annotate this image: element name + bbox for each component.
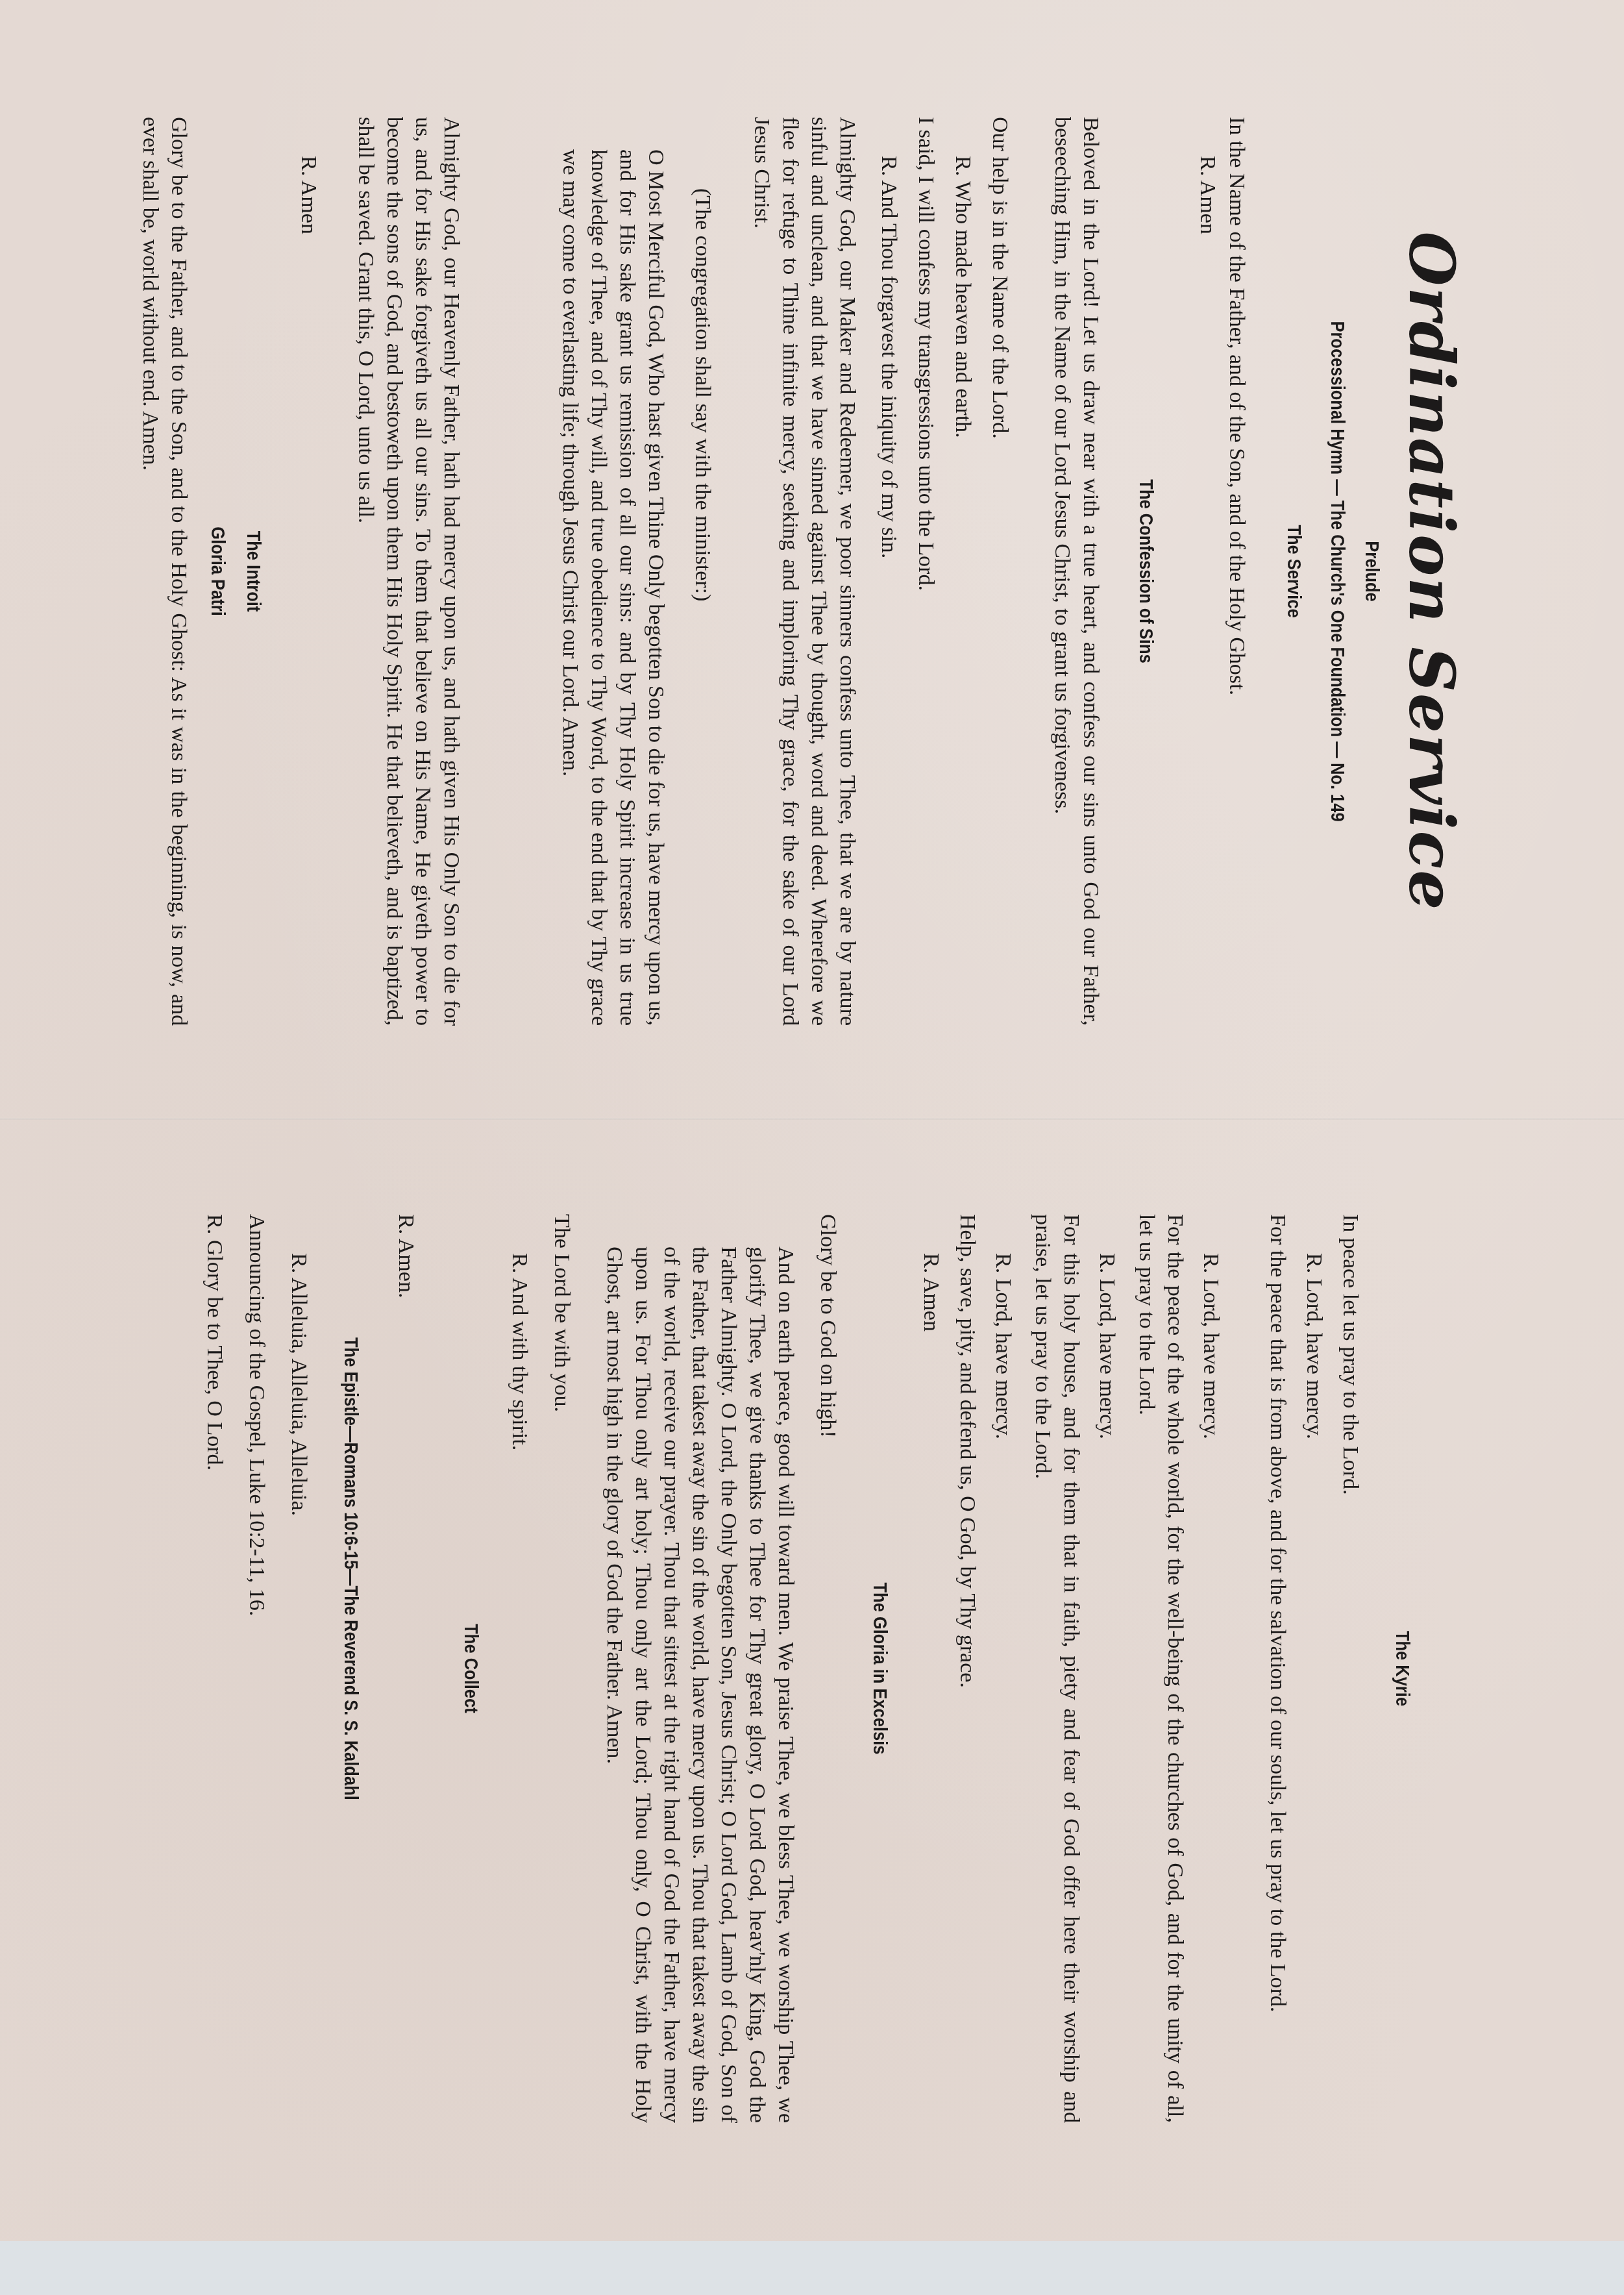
left-page: Ordination Service Prelude Processional … xyxy=(0,117,1624,1026)
kyrie-petition-3: For the peace of the whole world, for th… xyxy=(1132,1214,1189,2123)
page-title: Ordination Service xyxy=(1395,117,1468,1026)
kyrie-petition-1: In peace let us pray to the Lord. xyxy=(1336,1214,1364,2123)
rubric: (The congregation shall say with the min… xyxy=(688,117,717,1026)
salutation-response: R. And with thy spirit. xyxy=(505,1214,534,2123)
kyrie-petition-2: For the peace that is from above, and fo… xyxy=(1263,1214,1292,2123)
kyrie-response-5: R. Amen xyxy=(917,1214,945,2123)
invocation: In the Name of the Father, and of the So… xyxy=(1222,117,1251,1026)
right-page: The Kyrie In peace let us pray to the Lo… xyxy=(0,1214,1624,2123)
collect-heading: The Collect xyxy=(460,1282,482,2055)
confession-prayer: Almighty God, our Maker and Redeemer, we… xyxy=(747,117,861,1026)
gloria-heading: The Gloria in Excelsis xyxy=(868,1282,891,2055)
epistle-heading: The Epistle—Romans 10:6-15—The Reverend … xyxy=(339,1282,362,2055)
kyrie-petition-4: For this holy house, and for them that i… xyxy=(1028,1214,1085,2123)
alleluia-response: R. Alleluia, Alleluia, Alleluia. xyxy=(284,1214,313,2123)
confession-exhortation: Beloved in the Lord! Let us draw near wi… xyxy=(1048,117,1105,1026)
salutation: The Lord be with you. xyxy=(547,1214,576,2123)
response-2: R. And Thou forgavest the iniquity of my… xyxy=(874,117,903,1026)
gloria-intonation: Glory be to God on high! xyxy=(813,1214,842,2123)
versicle-1: Our help is in the Name of the Lord. xyxy=(985,117,1014,1026)
processional-hymn-heading: Processional Hymn — The Church's One Fou… xyxy=(1326,185,1348,958)
gloria-patri-heading: Gloria Patri xyxy=(206,185,228,958)
kyrie-response-1: R. Lord, have mercy. xyxy=(1299,1214,1328,2123)
gospel-announcement: Announcing of the Gospel, Luke 10:2-11, … xyxy=(242,1214,271,2123)
kyrie-response-4: R. Lord, have mercy. xyxy=(989,1214,1017,2123)
gospel-response: R. Glory be to Thee, O Lord. xyxy=(200,1214,228,2123)
gloria-text: And on earth peace, good will toward men… xyxy=(600,1214,800,2123)
absolution: Almighty God, our Heavenly Father, hath … xyxy=(351,117,465,1026)
kyrie-heading: The Kyrie xyxy=(1391,1282,1413,2055)
absolution-response: R. Amen xyxy=(294,117,323,1026)
scanner-bed xyxy=(0,2241,1624,2295)
prelude-heading: Prelude xyxy=(1360,185,1383,958)
versicle-2: I said, I will confess my transgressions… xyxy=(911,117,940,1026)
response-1: R. Who made heaven and earth. xyxy=(948,117,977,1026)
invocation-response: R. Amen xyxy=(1193,117,1222,1026)
service-heading: The Service xyxy=(1283,185,1305,958)
kyrie-petition-5: Help, save, pity, and defend us, O God, … xyxy=(953,1214,981,2123)
collect-response: R. Amen. xyxy=(391,1214,420,2123)
center-fold xyxy=(0,1118,1624,1120)
scanned-sheet: Ordination Service Prelude Processional … xyxy=(0,0,1624,2295)
confession-heading: The Confession of Sins xyxy=(1135,185,1157,958)
gloria-patri: Glory be to the Father, and to the Son, … xyxy=(136,117,193,1026)
kyrie-response-2: R. Lord, have mercy. xyxy=(1196,1214,1225,2123)
merciful-prayer: O Most Merciful God, Who hast given Thin… xyxy=(556,117,670,1026)
kyrie-response-3: R. Lord, have mercy. xyxy=(1092,1214,1121,2123)
introit-heading: The Introit xyxy=(242,185,264,958)
